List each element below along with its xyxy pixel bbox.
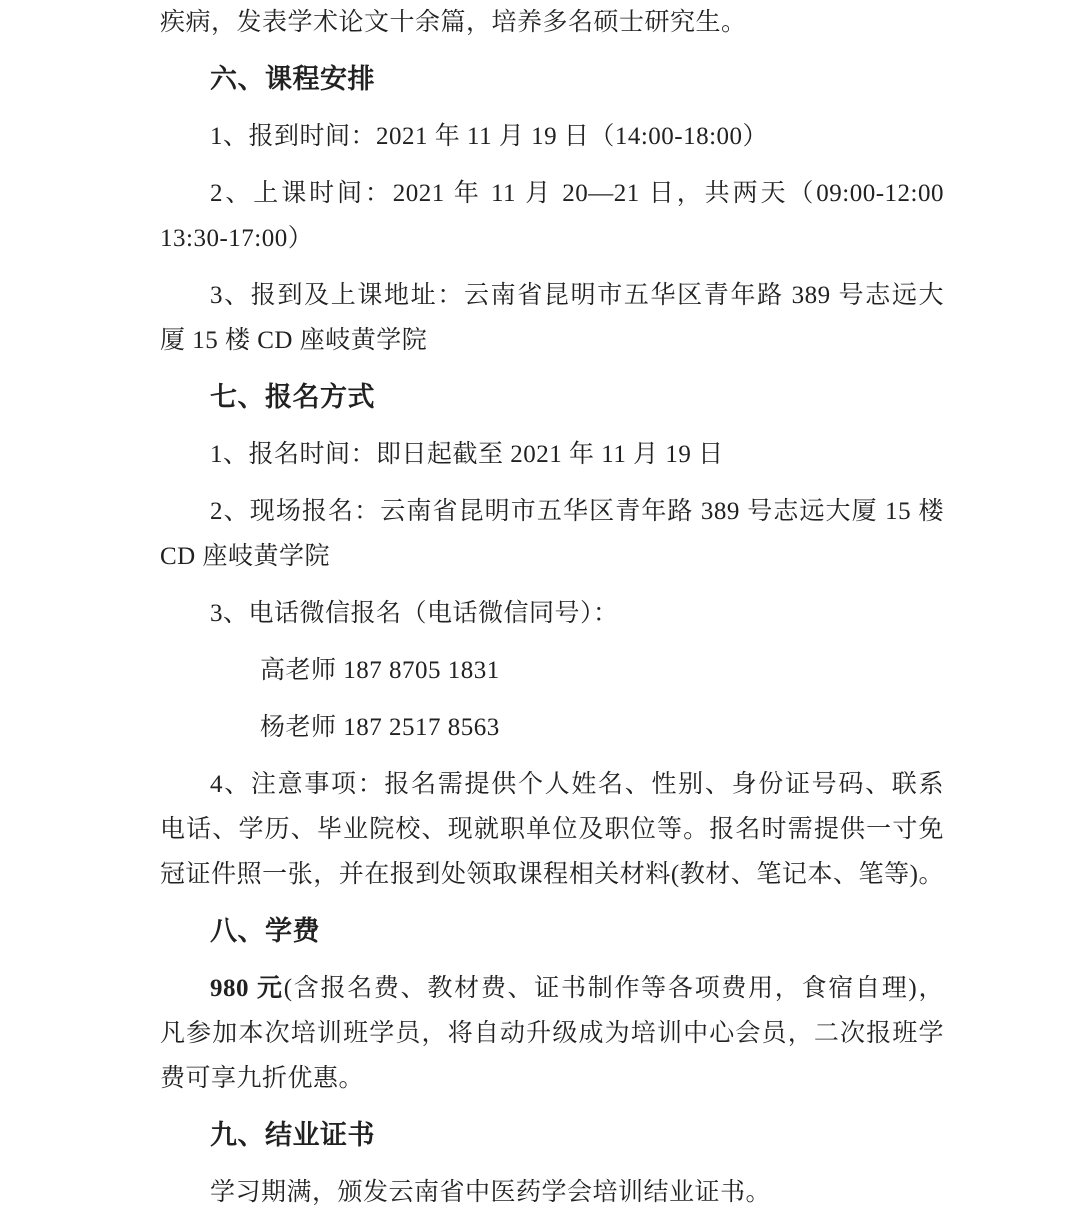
- text-line: 费可享九折优惠。: [160, 1056, 944, 1101]
- text-line: 3、电话微信报名（电话微信同号）：: [160, 591, 944, 636]
- section-heading: 七、报名方式: [160, 375, 944, 420]
- contact-teacher-yang: 杨老师 187 2517 8563: [160, 705, 944, 750]
- text-line: 4、注意事项：报名需提供个人姓名、性别、身份证号码、联系: [160, 762, 944, 807]
- item-checkin-time: 1、报到时间：2021 年 11 月 19 日（14:00-18:00）: [160, 114, 944, 159]
- text-segment: (含报名费、教材费、证书制作等各项费用，食宿自理)，: [284, 975, 944, 1002]
- item-onsite-registration: 2、现场报名：云南省昆明市五华区青年路 389 号志远大厦 15 楼CD 座岐黄…: [160, 489, 944, 579]
- text-line: 980 元(含报名费、教材费、证书制作等各项费用，食宿自理)，: [160, 966, 944, 1011]
- text-line: 13:30-17:00）: [160, 216, 944, 261]
- heading-section-7-registration: 七、报名方式: [160, 375, 944, 420]
- price-emphasis: 980 元: [210, 975, 284, 1002]
- text-line: 1、报到时间：2021 年 11 月 19 日（14:00-18:00）: [160, 114, 944, 159]
- text-line: 高老师 187 8705 1831: [160, 648, 944, 693]
- section-heading: 六、课程安排: [160, 57, 944, 102]
- text-line: 电话、学历、毕业院校、现就职单位及职位等。报名时需提供一寸免: [160, 807, 944, 852]
- text-line: 学习期满，颁发云南省中医药学会培训结业证书。: [160, 1170, 944, 1211]
- heading-section-9-certificate: 九、结业证书: [160, 1113, 944, 1158]
- item-registration-notes: 4、注意事项：报名需提供个人姓名、性别、身份证号码、联系电话、学历、毕业院校、现…: [160, 762, 944, 897]
- text-line: 3、报到及上课地址：云南省昆明市五华区青年路 389 号志远大: [160, 273, 944, 318]
- paragraph-tuition-fee: 980 元(含报名费、教材费、证书制作等各项费用，食宿自理)，凡参加本次培训班学…: [160, 966, 944, 1101]
- text-line: 凡参加本次培训班学员，将自动升级成为培训中心会员，二次报班学: [160, 1011, 944, 1056]
- text-line: 冠证件照一张，并在报到处领取课程相关材料(教材、笔记本、笔等)。: [160, 852, 944, 897]
- text-line: CD 座岐黄学院: [160, 534, 944, 579]
- paragraph-achievements-tail: 疾病，发表学术论文十余篇，培养多名硕士研究生。: [160, 0, 944, 45]
- item-class-time: 2、上课时间：2021 年 11 月 20—21 日，共两天（09:00-12:…: [160, 171, 944, 261]
- item-class-address: 3、报到及上课地址：云南省昆明市五华区青年路 389 号志远大厦 15 楼 CD…: [160, 273, 944, 363]
- section-heading: 八、学费: [160, 909, 944, 954]
- text-line: 厦 15 楼 CD 座岐黄学院: [160, 318, 944, 363]
- text-line: 2、上课时间：2021 年 11 月 20—21 日，共两天（09:00-12:…: [160, 171, 944, 216]
- heading-section-8-tuition: 八、学费: [160, 909, 944, 954]
- paragraph-certificate: 学习期满，颁发云南省中医药学会培训结业证书。: [160, 1170, 944, 1211]
- section-heading: 九、结业证书: [160, 1113, 944, 1158]
- text-line: 1、报名时间：即日起截至 2021 年 11 月 19 日: [160, 432, 944, 477]
- document-page: 疾病，发表学术论文十余篇，培养多名硕士研究生。六、课程安排1、报到时间：2021…: [0, 0, 1080, 1211]
- contact-teacher-gao: 高老师 187 8705 1831: [160, 648, 944, 693]
- heading-section-6-course-schedule: 六、课程安排: [160, 57, 944, 102]
- text-line: 2、现场报名：云南省昆明市五华区青年路 389 号志远大厦 15 楼: [160, 489, 944, 534]
- item-phone-wechat-registration: 3、电话微信报名（电话微信同号）：: [160, 591, 944, 636]
- text-line: 疾病，发表学术论文十余篇，培养多名硕士研究生。: [160, 0, 944, 45]
- text-line: 杨老师 187 2517 8563: [160, 705, 944, 750]
- item-registration-deadline: 1、报名时间：即日起截至 2021 年 11 月 19 日: [160, 432, 944, 477]
